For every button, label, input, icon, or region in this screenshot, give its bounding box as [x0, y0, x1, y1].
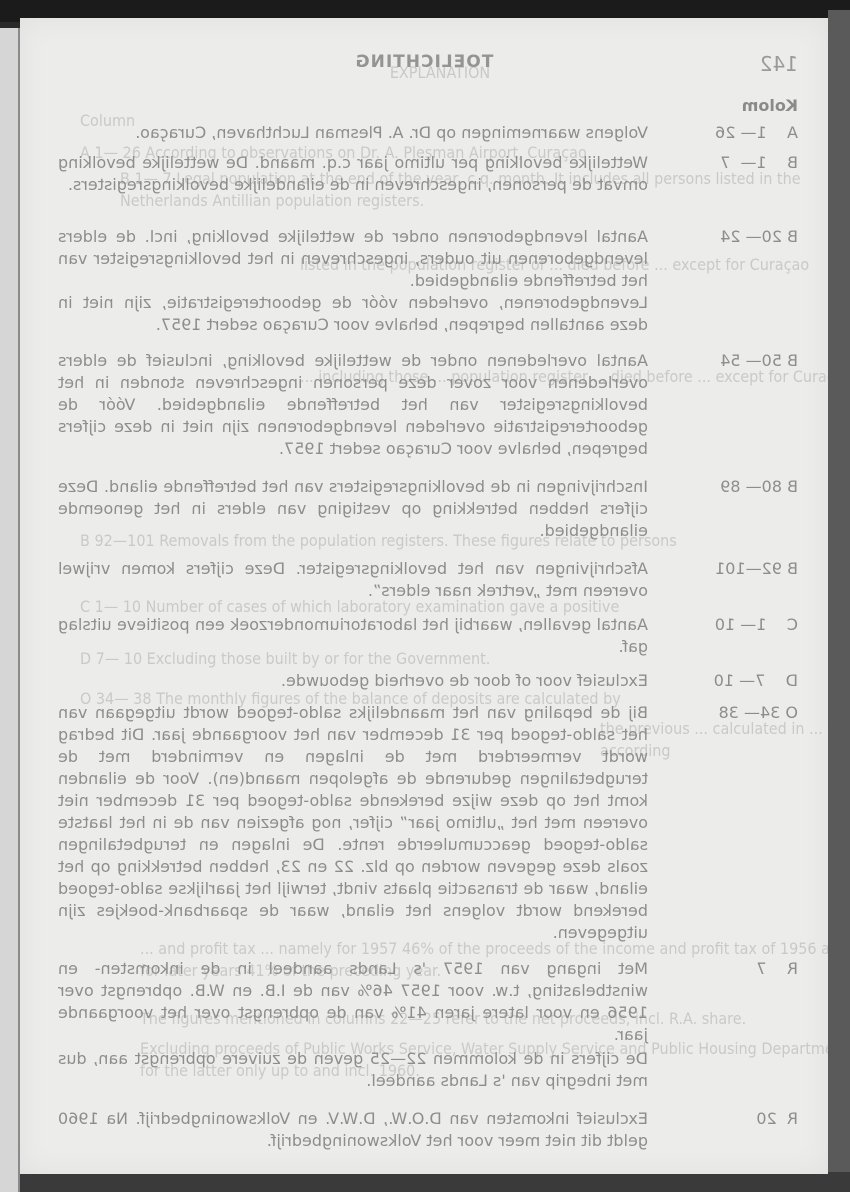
- entry-label: B 50— 54: [720, 350, 798, 372]
- scanned-page: EXPLANATION Column A 1— 26 According to …: [20, 18, 828, 1174]
- entry-B-92-101: B 92—101 Afschrijvingen van het bevolkin…: [58, 558, 798, 602]
- entry-label: R 7: [756, 958, 798, 980]
- entry-label: A 1— 26: [715, 122, 798, 144]
- entry-B-50-54: B 50— 54 Aantal overledenen onder de wet…: [58, 350, 798, 460]
- book-spine-edge: [0, 28, 20, 1192]
- entry-label: B 1— 7: [720, 152, 798, 174]
- entry-R-20: R 20 Exclusief inkomsten van D.O.W., D.W…: [58, 1108, 798, 1152]
- entry-text: Exclusief voor of door de overheid gebou…: [58, 670, 648, 692]
- entry-label: B 20— 24: [720, 226, 798, 248]
- entry-text: Wettelijke bevolking per ultimo jaar c.q…: [58, 152, 648, 196]
- entry-R-7-note: De cijfers in de kolommen 22—25 geven de…: [58, 1048, 798, 1092]
- entry-text: Aantal gevallen, waarbij het laboratoriu…: [58, 614, 648, 658]
- entry-R-7: R 7 Met ingang van 1957 's Lands aandeel…: [58, 958, 798, 1046]
- entry-D-7-10: D 7— 10 Exclusief voor of door de overhe…: [58, 670, 798, 692]
- entry-B-1-7: B 1— 7 Wettelijke bevolking per ultimo j…: [58, 152, 798, 196]
- column-header: Kolom: [742, 96, 798, 115]
- scanner-right-border: [828, 10, 850, 1192]
- entry-text: Exclusief inkomsten van D.O.W., D.W.V. e…: [58, 1108, 648, 1152]
- entry-B-80-89: B 80— 89 Inschrijvingen in de bevolkings…: [58, 476, 798, 542]
- entry-A-1-26: A 1— 26 Volgens waarnemingen op Dr. A. P…: [58, 122, 798, 144]
- entry-text: Aantal overledenen onder de wettelijke b…: [58, 350, 648, 460]
- entry-text: Bij de bepaling van het maandelijks sald…: [58, 702, 648, 944]
- entry-label: O 34— 38: [719, 702, 798, 724]
- entry-label: R 20: [756, 1108, 798, 1130]
- entry-text: Afschrijvingen van het bevolkingsregiste…: [58, 558, 648, 602]
- entry-label: B 80— 89: [720, 476, 798, 498]
- entry-label: B 92—101: [715, 558, 798, 580]
- entry-text: Met ingang van 1957 's Lands aandeel in …: [58, 958, 648, 1046]
- entry-text: De cijfers in de kolommen 22—25 geven de…: [58, 1048, 648, 1092]
- mirrored-text-layer: 142 TOELICHTING Kolom A 1— 26 Volgens wa…: [20, 18, 828, 1174]
- scanner-bottom-border: [0, 1172, 850, 1192]
- entry-text: Volgens waarnemingen op Dr. A. Plesman L…: [58, 122, 648, 144]
- page-heading: TOELICHTING: [20, 52, 828, 72]
- entry-text: Aantal levendgeborenen onder de wettelij…: [58, 226, 648, 292]
- entry-O-34-38: O 34— 38 Bij de bepaling van het maandel…: [58, 702, 798, 944]
- entry-B-20-24-note: Levendgeborenen, overleden vóór de geboo…: [58, 292, 798, 336]
- entry-text: Levendgeborenen, overleden vóór de geboo…: [58, 292, 648, 336]
- entry-text: Inschrijvingen in de bevolkingsregisters…: [58, 476, 648, 542]
- entry-label: D 7— 10: [714, 670, 798, 692]
- entry-B-20-24: B 20— 24 Aantal levendgeborenen onder de…: [58, 226, 798, 292]
- entry-label: C 1— 10: [715, 614, 798, 636]
- entry-C-1-10: C 1— 10 Aantal gevallen, waarbij het lab…: [58, 614, 798, 658]
